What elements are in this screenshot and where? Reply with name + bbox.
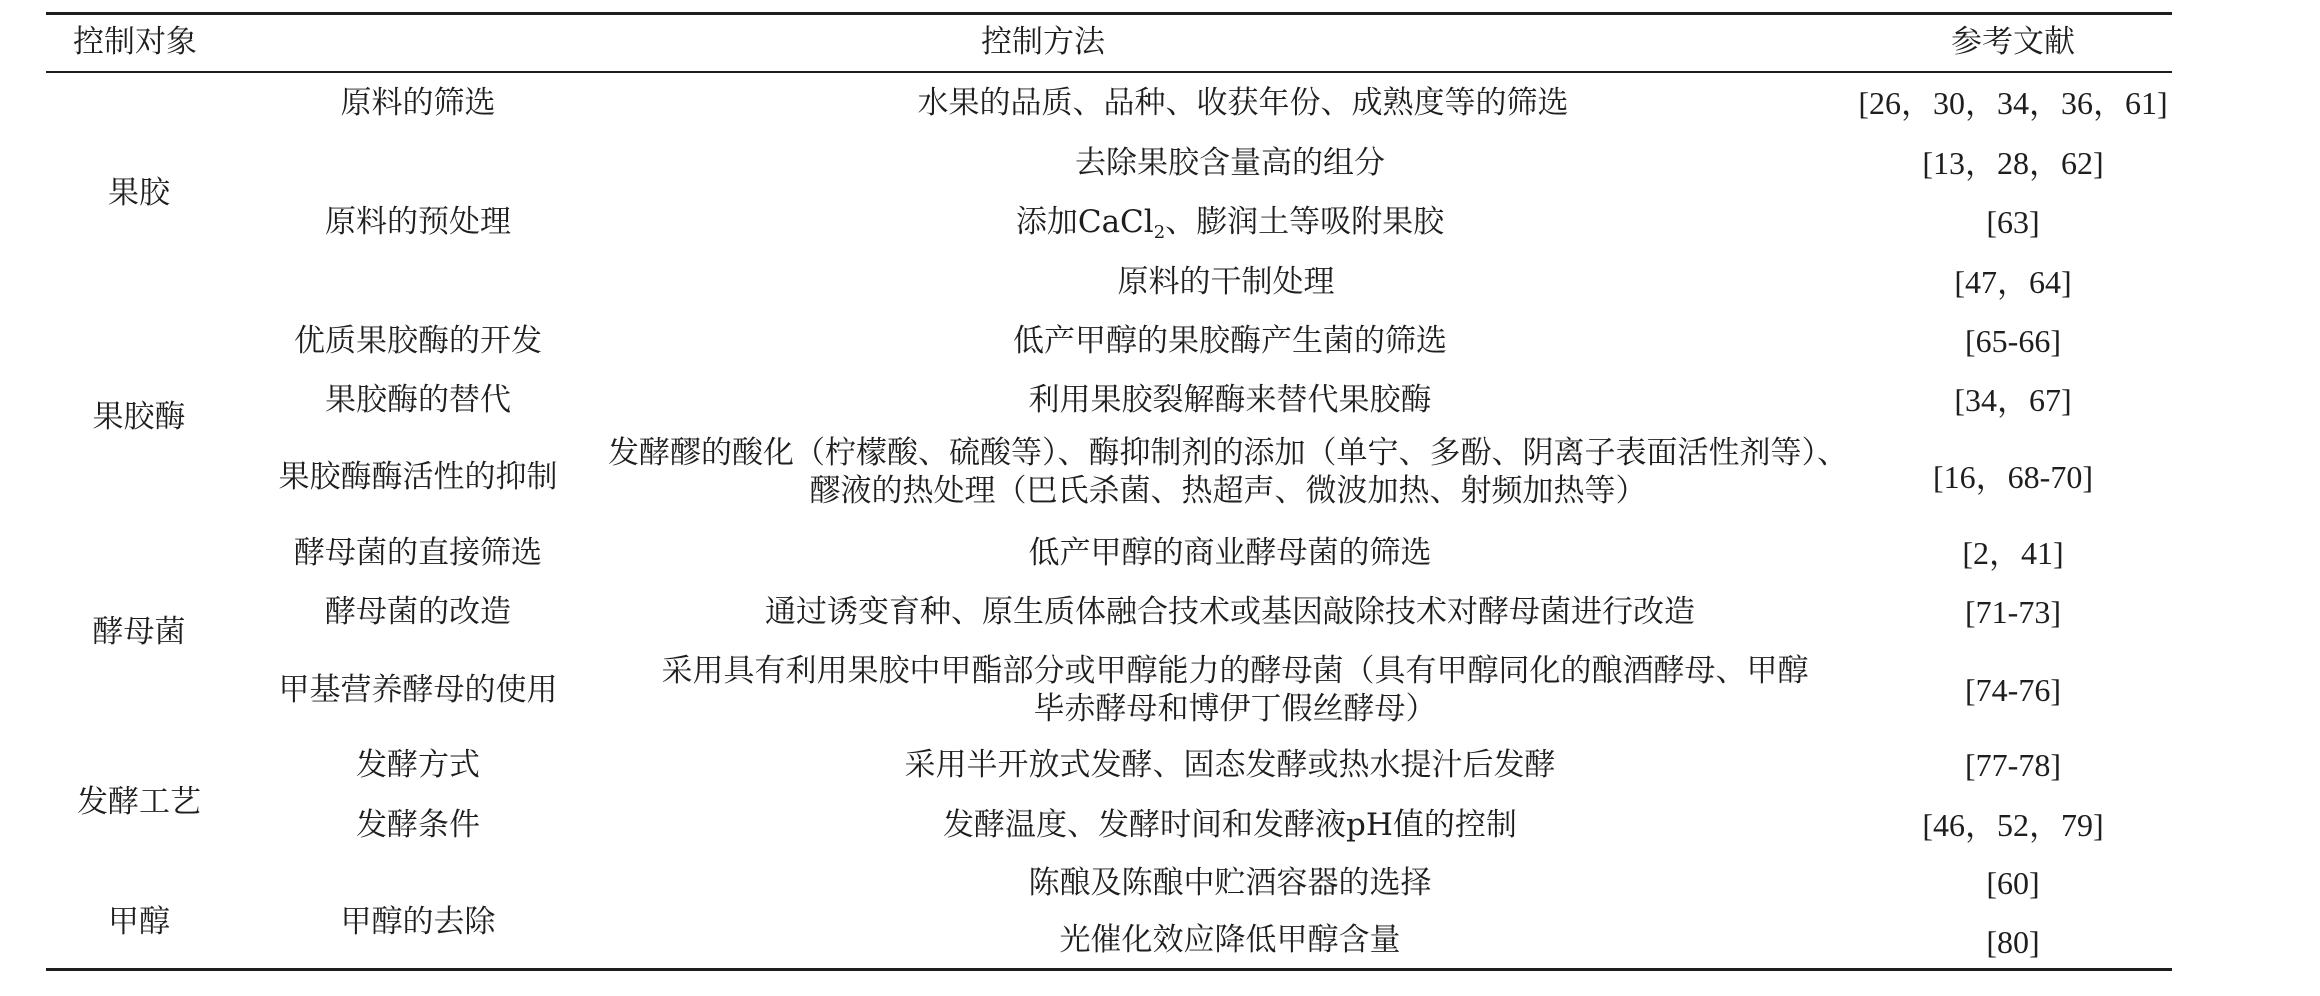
- method-line: 发酵醪的酸化（柠檬酸、硫酸等）、酶抑制剂的添加（单宁、多酚、阴离子表面活性剂等）…: [608, 434, 1848, 472]
- header-control-object: 控制对象: [73, 23, 197, 61]
- method-cell: 利用果胶裂解酶来替代果胶酶: [1029, 381, 1432, 419]
- reference-cell: [60]: [1986, 864, 2039, 902]
- subitem-methylotrophic-yeast: 甲基营养酵母的使用: [279, 671, 558, 709]
- method-cell: 水果的品质、品种、收获年份、成熟度等的筛选: [918, 84, 1569, 122]
- method-cell: 采用半开放式发酵、固态发酵或热水提汁后发酵: [905, 746, 1556, 784]
- table-header-rule: [46, 71, 2172, 73]
- subitem-yeast-modification: 酵母菌的改造: [325, 593, 511, 631]
- method-cell: 发酵温度、发酵时间和发酵液pH值的控制: [943, 806, 1517, 844]
- subitem-raw-material-pretreatment: 原料的预处理: [325, 203, 511, 241]
- method-line: 采用具有利用果胶中甲酯部分或甲醇能力的酵母菌（具有甲醇同化的酿酒酵母、甲醇: [662, 652, 1809, 690]
- subscript: 2: [1154, 222, 1165, 243]
- method-cell: 去除果胶含量高的组分: [1075, 144, 1385, 182]
- group-fermentation-process: 发酵工艺: [77, 783, 201, 821]
- reference-cell: [46，52，79]: [1922, 806, 2103, 844]
- subitem-pectinase-substitution: 果胶酶的替代: [325, 381, 511, 419]
- method-cell: 添加CaCl2、膨润土等吸附果胶: [1016, 203, 1444, 241]
- subitem-pectinase-development: 优质果胶酶的开发: [294, 322, 542, 360]
- reference-cell: [74-76]: [1965, 671, 2061, 709]
- header-control-method: 控制方法: [981, 23, 1105, 61]
- group-pectinase: 果胶酶: [93, 398, 186, 436]
- table-bottom-rule: [46, 968, 2172, 971]
- reference-cell: [65-66]: [1965, 322, 2061, 360]
- method-cell: 采用具有利用果胶中甲酯部分或甲醇能力的酵母菌（具有甲醇同化的酿酒酵母、甲醇 毕赤…: [662, 652, 1809, 728]
- reference-cell: [26，30，34，36，61]: [1858, 84, 2167, 122]
- table-top-rule: [46, 12, 2172, 15]
- subitem-yeast-screening: 酵母菌的直接筛选: [294, 534, 542, 572]
- subitem-fermentation-mode: 发酵方式: [356, 746, 480, 784]
- group-methanol: 甲醇: [108, 903, 170, 941]
- subitem-pectinase-activity-inhibition: 果胶酶酶活性的抑制: [279, 458, 558, 496]
- method-cell: 低产甲醇的果胶酶产生菌的筛选: [1013, 322, 1447, 360]
- method-line: 醪液的热处理（巴氏杀菌、热超声、微波加热、射频加热等）: [608, 472, 1848, 510]
- group-yeast: 酵母菌: [93, 613, 186, 651]
- reference-cell: [77-78]: [1965, 746, 2061, 784]
- method-text: 添加CaCl: [1016, 204, 1154, 240]
- reference-cell: [63]: [1986, 203, 2039, 241]
- method-line: 毕赤酵母和博伊丁假丝酵母）: [662, 690, 1809, 728]
- subitem-methanol-removal: 甲醇的去除: [341, 903, 496, 941]
- subitem-fermentation-conditions: 发酵条件: [356, 806, 480, 844]
- method-cell: 光催化效应降低甲醇含量: [1060, 921, 1401, 959]
- reference-cell: [2，41]: [1962, 534, 2063, 572]
- method-text: 、膨润土等吸附果胶: [1165, 204, 1444, 240]
- reference-cell: [47，64]: [1954, 263, 2071, 301]
- reference-cell: [34，67]: [1954, 381, 2071, 419]
- reference-cell: [16，68-70]: [1933, 458, 2093, 496]
- subitem-raw-material-screening: 原料的筛选: [341, 84, 496, 122]
- method-cell: 低产甲醇的商业酵母菌的筛选: [1029, 534, 1432, 572]
- method-cell: 陈酿及陈酿中贮酒容器的选择: [1029, 864, 1432, 902]
- reference-cell: [80]: [1986, 923, 2039, 961]
- method-cell: 通过诱变育种、原生质体融合技术或基因敲除技术对酵母菌进行改造: [765, 593, 1695, 631]
- header-reference: 参考文献: [1951, 23, 2075, 61]
- reference-cell: [71-73]: [1965, 593, 2061, 631]
- method-cell: 发酵醪的酸化（柠檬酸、硫酸等）、酶抑制剂的添加（单宁、多酚、阴离子表面活性剂等）…: [608, 434, 1848, 510]
- group-pectin: 果胶: [108, 174, 170, 212]
- method-cell: 原料的干制处理: [1118, 263, 1335, 301]
- reference-cell: [13，28，62]: [1922, 144, 2103, 182]
